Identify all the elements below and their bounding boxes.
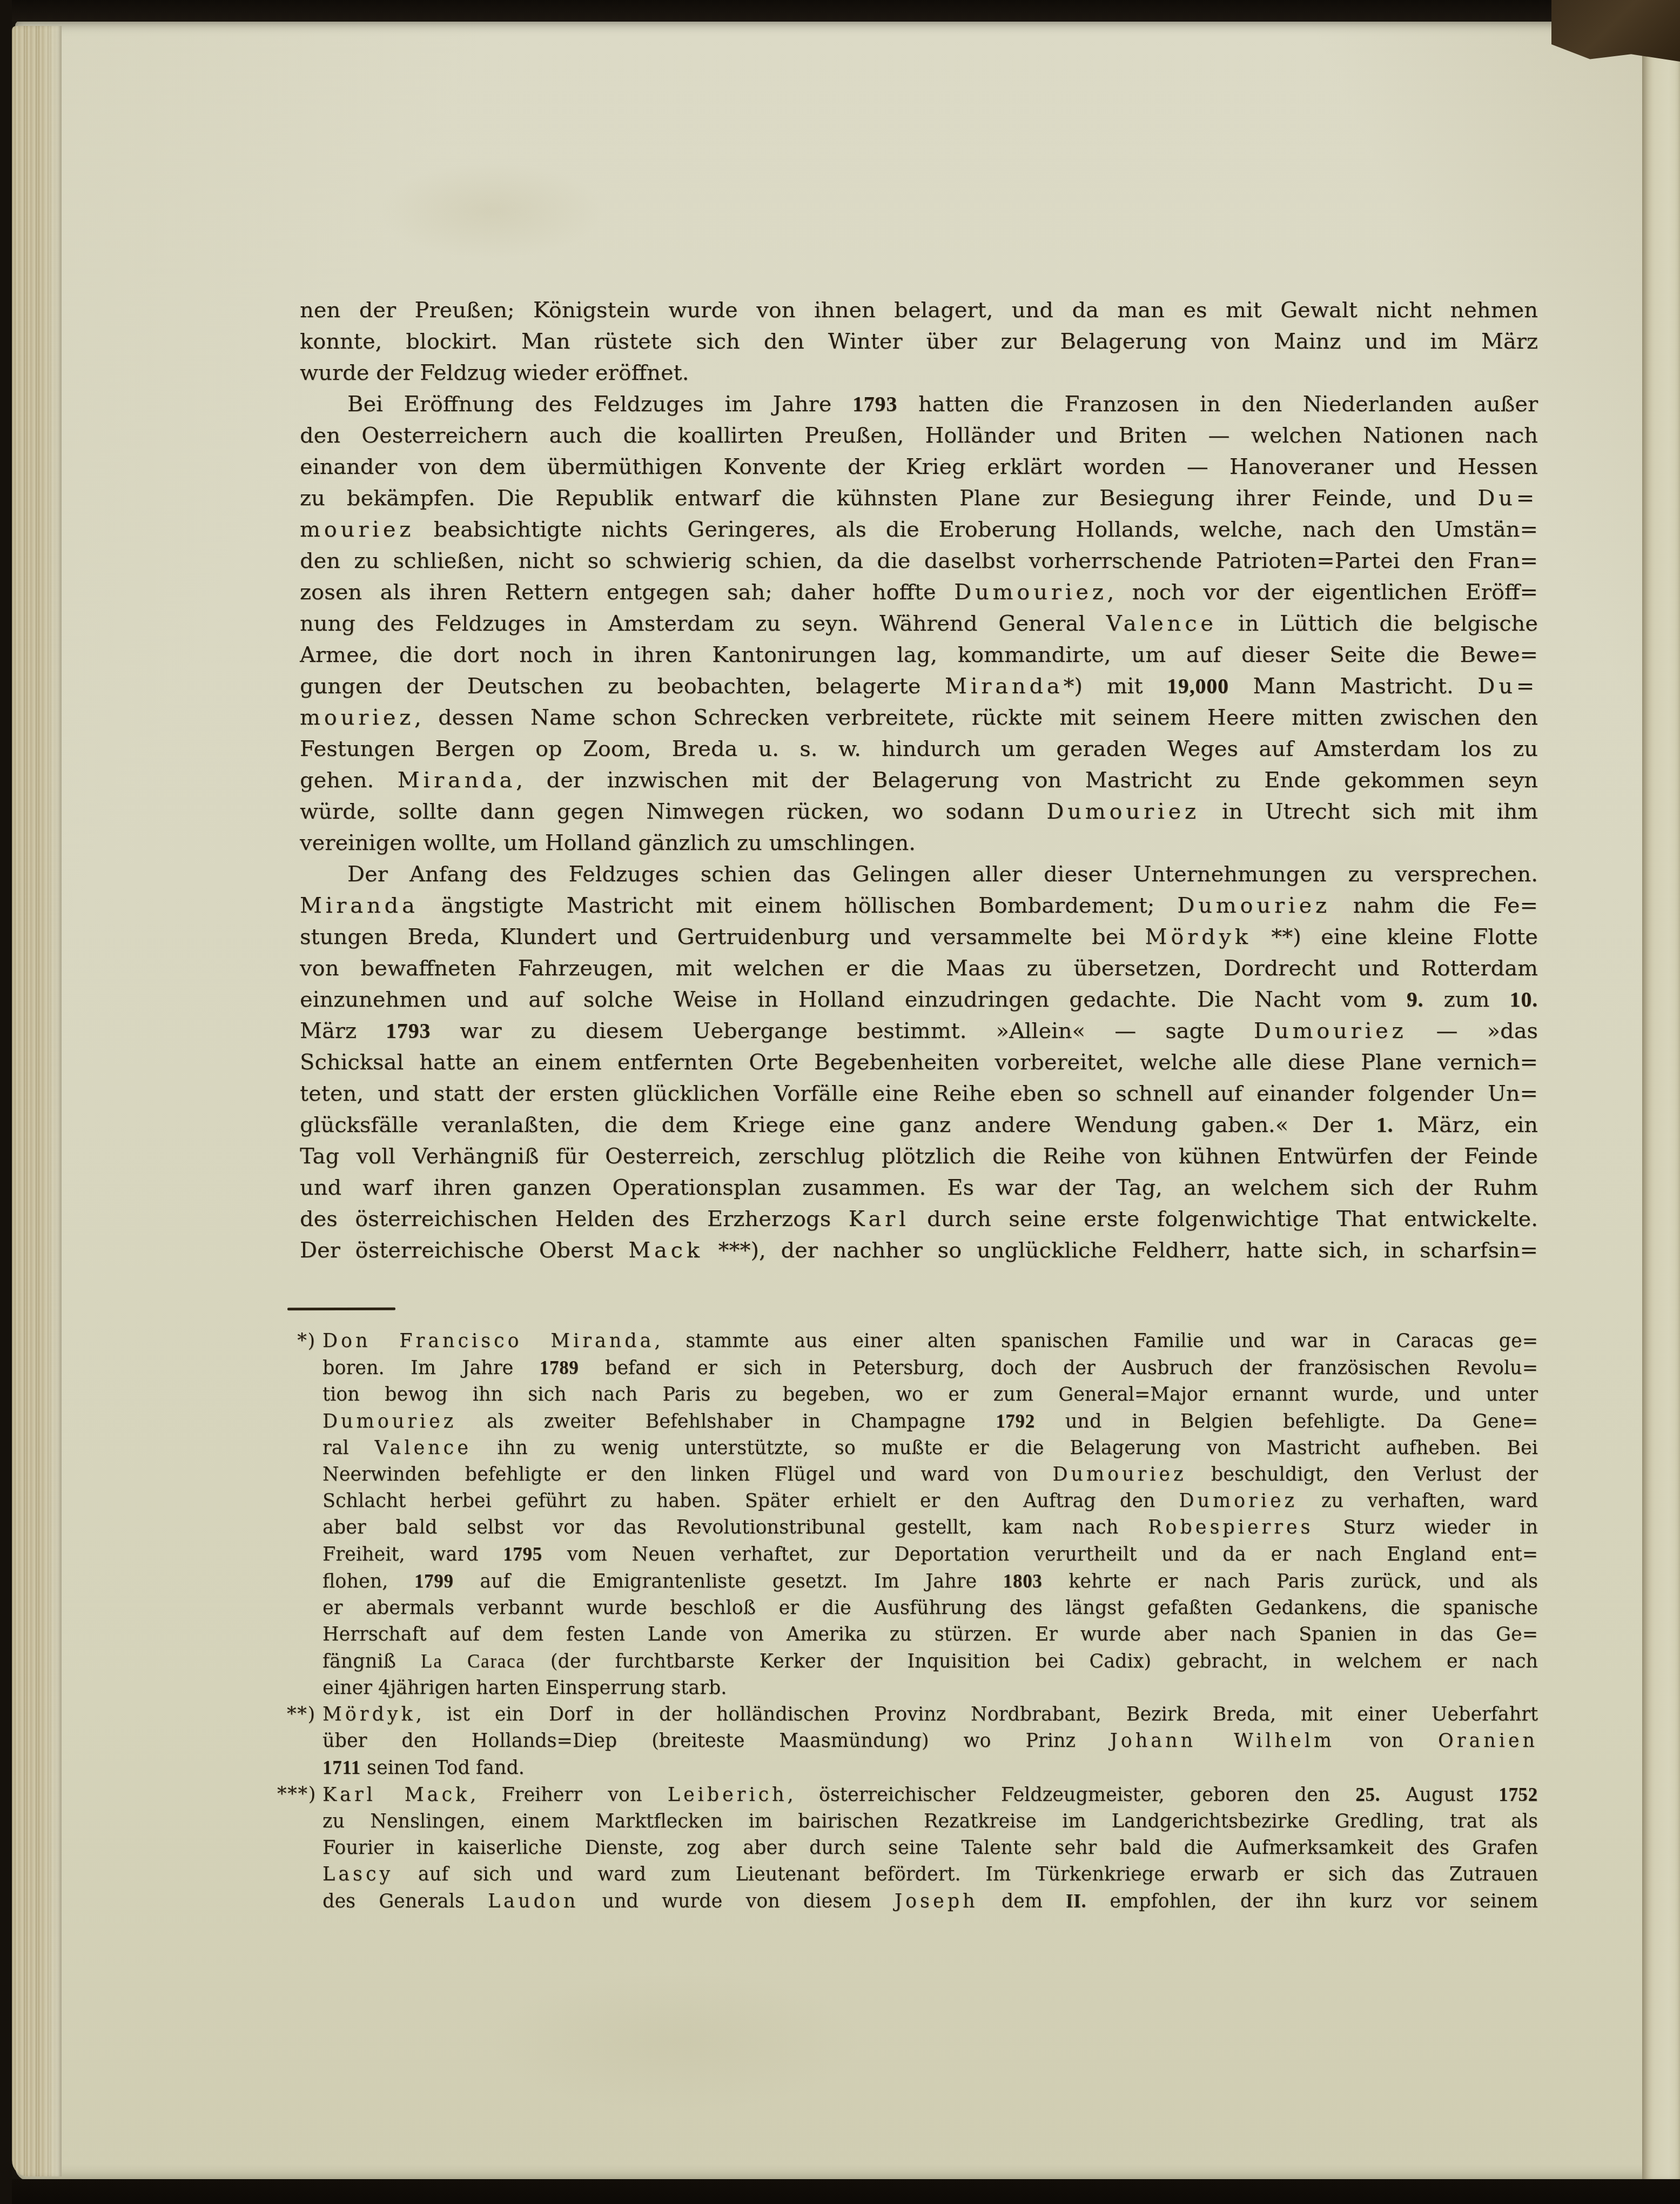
text-segment: hatten die Franzosen in den Niederlanden… xyxy=(897,392,1538,417)
text-segment: 1711 xyxy=(322,1757,361,1778)
text-line: Festungen Bergen op Zoom, Breda u. s. w.… xyxy=(300,733,1538,765)
text-segment: mouriez xyxy=(300,705,414,730)
text-segment: gehen. xyxy=(300,768,398,793)
text-segment: Mann Mastricht. xyxy=(1229,674,1477,699)
text-segment: stungen Breda, Klundert und Gertruidenbu… xyxy=(300,925,1145,949)
text-segment: 25. xyxy=(1355,1784,1380,1805)
footnote: *)Don Francisco Miranda, stammte aus ein… xyxy=(277,1328,1538,1701)
text-line: und warf ihren ganzen Operationsplan zus… xyxy=(300,1172,1538,1203)
text-line: Der Anfang des Feldzuges schien das Geli… xyxy=(300,859,1538,890)
text-segment: 9. xyxy=(1407,987,1424,1011)
text-segment: , Freiherr von xyxy=(470,1784,668,1806)
text-segment: — »das xyxy=(1407,1019,1538,1043)
text-segment: und wurde von diesem xyxy=(579,1891,895,1912)
text-segment: Bei Eröffnung des Feldzuges im Jahre xyxy=(347,392,852,417)
text-line: einer 4jährigen harten Einsperrung starb… xyxy=(322,1675,1538,1701)
text-line: Miranda ängstigte Mastricht mit einem hö… xyxy=(300,890,1538,921)
text-line: tion bewog ihn sich nach Paris zu begebe… xyxy=(322,1382,1538,1408)
text-segment: , noch vor der eigentlichen Eröff= xyxy=(1107,580,1538,605)
text-segment: Dumouriez xyxy=(1177,893,1330,918)
text-segment: März, ein xyxy=(1393,1113,1538,1137)
text-segment: Karl Mack xyxy=(322,1784,470,1806)
paragraph: nen der Preußen; Königstein wurde von ih… xyxy=(300,294,1538,388)
text-segment: dem xyxy=(978,1891,1066,1912)
text-line: Neerwinden befehligte er den linken Flüg… xyxy=(322,1462,1538,1488)
text-segment: Du= xyxy=(1477,486,1538,511)
text-segment: den Oesterreichern auch die koallirten P… xyxy=(300,423,1538,448)
footnote: ***)Karl Mack, Freiherr von Leiberich, ö… xyxy=(277,1781,1538,1915)
text-segment: fängniß xyxy=(322,1651,421,1672)
text-segment: 1795 xyxy=(503,1544,542,1565)
text-line: flohen, 1799 auf die Emigrantenliste ges… xyxy=(322,1568,1538,1595)
text-segment: März xyxy=(300,1019,386,1043)
text-segment: und in Belgien befehligte. Da Gene= xyxy=(1035,1411,1538,1432)
text-segment: in Lüttich die belgische xyxy=(1217,611,1538,636)
text-segment: zosen als ihren Rettern entgegen sah; da… xyxy=(300,580,954,605)
text-segment: tion bewog ihn sich nach Paris zu begebe… xyxy=(322,1384,1538,1405)
text-segment: boren. Im Jahre xyxy=(322,1357,540,1379)
scan-background-bottom xyxy=(0,2179,1680,2204)
text-segment: gungen der Deutschen zu beobachten, bela… xyxy=(300,674,945,699)
text-segment: Sturz wieder in xyxy=(1313,1517,1538,1538)
main-text-block: nen der Preußen; Königstein wurde von ih… xyxy=(300,294,1538,1266)
text-line: Fourier in kaiserliche Dienste, zog aber… xyxy=(322,1835,1538,1861)
text-line: vereinigen wollte, um Holland gänzlich z… xyxy=(300,827,1538,859)
text-segment: zu bekämpfen. Die Republik entwarf die k… xyxy=(300,486,1477,511)
text-segment: durch seine erste folgenwichtige That en… xyxy=(910,1207,1538,1231)
text-line: wurde der Feldzug wieder eröffnet. xyxy=(300,357,1538,388)
text-line: gungen der Deutschen zu beobachten, bela… xyxy=(300,671,1538,702)
text-segment: 1793 xyxy=(386,1019,431,1043)
text-line: fängniß La Caraca (der furchtbarste Kerk… xyxy=(322,1648,1538,1675)
text-segment: Miranda xyxy=(300,893,419,918)
text-segment: Valence xyxy=(374,1437,471,1459)
text-segment: den zu schließen, nicht so schwierig sch… xyxy=(300,548,1538,573)
text-segment: Don Francisco Miranda xyxy=(322,1330,654,1352)
text-segment: als zweiter Befehlshaber in Champagne xyxy=(456,1411,996,1432)
text-segment: des Generals xyxy=(322,1891,488,1912)
text-line: von bewaffneten Fahrzeugen, mit welchen … xyxy=(300,953,1538,984)
text-line: Don Francisco Miranda, stammte aus einer… xyxy=(322,1328,1538,1355)
text-segment: 1. xyxy=(1376,1113,1394,1137)
text-line: gehen. Miranda, der inzwischen mit der B… xyxy=(300,765,1538,796)
text-segment: zum xyxy=(1423,987,1509,1012)
text-segment: Neerwinden befehligte er den linken Flüg… xyxy=(322,1464,1052,1485)
text-segment: glücksfälle veranlaßten, die dem Kriege … xyxy=(300,1113,1376,1137)
text-line: Karl Mack, Freiherr von Leiberich, öster… xyxy=(322,1781,1538,1808)
text-line: über den Hollands=Diep (breiteste Maasmü… xyxy=(322,1728,1538,1754)
text-segment: von bewaffneten Fahrzeugen, mit welchen … xyxy=(300,956,1538,981)
text-segment: 1789 xyxy=(540,1357,579,1378)
text-segment: zu verhaften, ward xyxy=(1298,1490,1538,1512)
text-segment: Schlacht herbei geführt zu haben. Später… xyxy=(322,1490,1179,1512)
text-segment: August xyxy=(1380,1784,1498,1806)
text-line: mouriez, dessen Name schon Schrecken ver… xyxy=(300,702,1538,733)
text-line: einander von dem übermüthigen Konvente d… xyxy=(300,451,1538,483)
text-segment: Dumouriez xyxy=(1254,1019,1407,1043)
text-segment: Miranda xyxy=(945,674,1064,699)
text-segment: ***), der nachher so unglückliche Feldhe… xyxy=(703,1238,1538,1263)
text-segment: des österreichischen Helden des Erzherzo… xyxy=(300,1207,849,1231)
text-segment: Karl xyxy=(849,1207,910,1231)
text-segment: *) mit xyxy=(1063,674,1167,699)
text-segment: 1752 xyxy=(1498,1784,1538,1805)
scanned-book-page: nen der Preußen; Königstein wurde von ih… xyxy=(0,0,1680,2204)
text-line: 1711 seinen Tod fand. xyxy=(322,1754,1538,1781)
text-line: einzunehmen und auf solche Weise in Holl… xyxy=(300,984,1538,1015)
text-segment: in Utrecht sich mit ihm xyxy=(1200,799,1538,824)
text-segment: **) eine kleine Flotte xyxy=(1252,925,1538,949)
text-segment: Dumouriez xyxy=(1046,799,1199,824)
text-segment: und warf ihren ganzen Operationsplan zus… xyxy=(300,1175,1538,1200)
text-segment: , der inzwischen mit der Belagerung von … xyxy=(516,768,1538,793)
paragraph: Der Anfang des Feldzuges schien das Geli… xyxy=(300,859,1538,1266)
text-segment: konnte, blockirt. Man rüstete sich den W… xyxy=(300,329,1538,354)
scan-background-top xyxy=(0,0,1680,22)
text-segment: Der Anfang des Feldzuges schien das Geli… xyxy=(347,862,1538,887)
text-line: März 1793 war zu diesem Uebergange besti… xyxy=(300,1015,1538,1047)
text-segment: ängstigte Mastricht mit einem höllischen… xyxy=(419,893,1178,918)
text-segment: Du= xyxy=(1477,674,1538,699)
text-segment: vom Neuen verhaftet, zur Deportation ver… xyxy=(542,1544,1538,1565)
text-segment: ral xyxy=(322,1437,374,1459)
text-line: konnte, blockirt. Man rüstete sich den W… xyxy=(300,326,1538,357)
text-segment: wurde der Feldzug wieder eröffnet. xyxy=(300,360,689,385)
text-segment: 10. xyxy=(1510,987,1538,1011)
text-segment: II. xyxy=(1066,1891,1086,1912)
text-line: nung des Feldzuges in Amsterdam zu seyn.… xyxy=(300,608,1538,639)
text-line: Mördyk, ist ein Dorf in der holländische… xyxy=(322,1701,1538,1728)
text-line: Dumouriez als zweiter Befehlshaber in Ch… xyxy=(322,1408,1538,1435)
text-line: zu Nenslingen, einem Marktflecken im bai… xyxy=(322,1808,1538,1835)
text-line: den zu schließen, nicht so schwierig sch… xyxy=(300,545,1538,577)
text-segment: Johann Wilhelm xyxy=(1110,1730,1335,1752)
text-segment: Tag voll Verhängniß für Oesterreich, zer… xyxy=(300,1144,1538,1169)
text-segment: von xyxy=(1335,1730,1438,1752)
text-segment: zu Nenslingen, einem Marktflecken im bai… xyxy=(322,1811,1538,1832)
text-segment: Oranien xyxy=(1438,1730,1538,1752)
text-segment: einer 4jährigen harten Einsperrung starb… xyxy=(322,1677,727,1699)
text-segment: Fourier in kaiserliche Dienste, zog aber… xyxy=(322,1837,1538,1859)
text-segment: mouriez xyxy=(300,517,414,542)
text-segment: ihn zu wenig unterstützte, so mußte er d… xyxy=(472,1437,1538,1459)
text-line: des Generals Laudon und wurde von diesem… xyxy=(322,1888,1538,1915)
text-segment: Miranda xyxy=(398,768,516,793)
text-segment: auf die Emigrantenliste gesetzt. Im Jahr… xyxy=(454,1571,1003,1592)
text-segment: Laudon xyxy=(488,1891,579,1912)
text-line: Tag voll Verhängniß für Oesterreich, zer… xyxy=(300,1141,1538,1172)
text-segment: Joseph xyxy=(895,1891,978,1912)
text-segment: vereinigen wollte, um Holland gänzlich z… xyxy=(300,830,916,855)
text-segment: einzunehmen und auf solche Weise in Holl… xyxy=(300,987,1407,1012)
text-line: Der österreichische Oberst Mack ***), de… xyxy=(300,1235,1538,1266)
text-segment: (der furchtbarste Kerker der Inquisition… xyxy=(526,1651,1538,1672)
text-segment: Leiberich xyxy=(668,1784,788,1806)
text-line: mouriez beabsichtigte nichts Geringeres,… xyxy=(300,514,1538,545)
text-segment: Dumouriez xyxy=(1052,1464,1186,1485)
text-line: zosen als ihren Rettern entgegen sah; da… xyxy=(300,577,1538,608)
text-segment: auf sich und ward zum Lieutenant beförde… xyxy=(393,1864,1538,1885)
text-segment: , dessen Name schon Schrecken verbreitet… xyxy=(414,705,1538,730)
text-segment: Armee, die dort noch in ihren Kantonirun… xyxy=(300,642,1538,667)
text-segment: befand er sich in Petersburg, doch der A… xyxy=(579,1357,1538,1379)
text-segment: 1793 xyxy=(852,392,897,416)
text-segment: Mack xyxy=(628,1238,703,1263)
text-segment: La Caraca xyxy=(421,1651,526,1672)
text-segment: er abermals verbannt wurde beschloß er d… xyxy=(322,1597,1538,1619)
text-line: er abermals verbannt wurde beschloß er d… xyxy=(322,1595,1538,1622)
text-line: glücksfälle veranlaßten, die dem Kriege … xyxy=(300,1109,1538,1141)
text-segment: Robespierres xyxy=(1148,1517,1313,1538)
text-line: nen der Preußen; Königstein wurde von ih… xyxy=(300,294,1538,326)
text-segment: Festungen Bergen op Zoom, Breda u. s. w.… xyxy=(300,736,1538,761)
text-segment: , ist ein Dorf in der holländischen Prov… xyxy=(416,1704,1538,1725)
text-segment: Schicksal hatte an einem entfernten Orte… xyxy=(300,1050,1538,1075)
text-line: aber bald selbst vor das Revolutionstrib… xyxy=(322,1515,1538,1541)
text-segment: beschuldigt, den Verlust der xyxy=(1186,1464,1538,1485)
text-segment: nahm die Fe= xyxy=(1330,893,1538,918)
text-segment: Valence xyxy=(1106,611,1217,636)
text-segment: beabsichtigte nichts Geringeres, als die… xyxy=(414,517,1538,542)
text-segment: würde, sollte dann gegen Nimwegen rücken… xyxy=(300,799,1046,824)
text-line: ral Valence ihn zu wenig unterstützte, s… xyxy=(322,1435,1538,1462)
text-segment: teten, und statt der ersten glücklichen … xyxy=(300,1081,1538,1106)
scan-background-left xyxy=(0,0,12,2204)
text-segment: Freiheit, ward xyxy=(322,1544,503,1565)
text-segment: einander von dem übermüthigen Konvente d… xyxy=(300,454,1538,479)
text-segment: aber bald selbst vor das Revolutionstrib… xyxy=(322,1517,1148,1538)
text-segment: kehrte er nach Paris zurück, und als xyxy=(1043,1571,1538,1592)
text-line: zu bekämpfen. Die Republik entwarf die k… xyxy=(300,483,1538,514)
text-line: Freiheit, ward 1795 vom Neuen verhaftet,… xyxy=(322,1541,1538,1568)
text-line: des österreichischen Helden des Erzherzo… xyxy=(300,1203,1538,1235)
text-segment: empfohlen, der ihn kurz vor seinem xyxy=(1086,1891,1538,1912)
text-line: würde, sollte dann gegen Nimwegen rücken… xyxy=(300,796,1538,827)
text-segment: , österreichischer Feldzeugmeister, gebo… xyxy=(788,1784,1356,1806)
paragraph: Bei Eröffnung des Feldzuges im Jahre 179… xyxy=(300,388,1538,859)
text-segment: Dumouriez xyxy=(322,1411,456,1432)
footnote-marker: *) xyxy=(277,1328,316,1355)
text-line: teten, und statt der ersten glücklichen … xyxy=(300,1078,1538,1109)
text-segment: Herrschaft auf dem festen Lande von Amer… xyxy=(322,1624,1538,1645)
footnote-marker: **) xyxy=(277,1701,316,1728)
text-segment: Dumoriez xyxy=(1179,1490,1298,1512)
text-segment: Der österreichische Oberst xyxy=(300,1238,628,1263)
text-line: den Oesterreichern auch die koallirten P… xyxy=(300,420,1538,451)
footnote-separator-rule xyxy=(287,1308,395,1311)
text-segment: , stammte aus einer alten spanischen Fam… xyxy=(654,1330,1538,1352)
text-segment: über den Hollands=Diep (breiteste Maasmü… xyxy=(322,1730,1110,1752)
footnotes-block: *)Don Francisco Miranda, stammte aus ein… xyxy=(277,1328,1538,1915)
text-segment: 1792 xyxy=(996,1411,1035,1432)
text-segment: nung des Feldzuges in Amsterdam zu seyn.… xyxy=(300,611,1106,636)
text-line: Schicksal hatte an einem entfernten Orte… xyxy=(300,1047,1538,1078)
text-line: stungen Breda, Klundert und Gertruidenbu… xyxy=(300,921,1538,953)
binding-gutter xyxy=(1642,21,1680,2181)
text-segment: seinen Tod fand. xyxy=(361,1757,525,1779)
footnote: **)Mördyk, ist ein Dorf in der holländis… xyxy=(277,1701,1538,1781)
text-line: Bei Eröffnung des Feldzuges im Jahre 179… xyxy=(300,388,1538,420)
text-segment: war zu diesem Uebergange bestimmt. »Alle… xyxy=(431,1019,1254,1043)
text-line: Armee, die dort noch in ihren Kantonirun… xyxy=(300,639,1538,671)
text-line: Lascy auf sich und ward zum Lieutenant b… xyxy=(322,1861,1538,1888)
text-segment: Mördyk xyxy=(322,1704,416,1725)
text-segment: Mördyk xyxy=(1145,925,1251,949)
text-segment: Lascy xyxy=(322,1864,393,1885)
text-segment: 19,000 xyxy=(1167,674,1229,698)
text-segment: flohen, xyxy=(322,1571,414,1592)
text-segment: 1799 xyxy=(414,1571,454,1592)
text-line: Herrschaft auf dem festen Lande von Amer… xyxy=(322,1622,1538,1648)
text-segment: nen der Preußen; Königstein wurde von ih… xyxy=(300,298,1538,323)
page-edge-stack xyxy=(12,26,62,2176)
text-line: Schlacht herbei geführt zu haben. Später… xyxy=(322,1488,1538,1515)
text-line: boren. Im Jahre 1789 befand er sich in P… xyxy=(322,1355,1538,1382)
text-segment: 1803 xyxy=(1003,1571,1043,1592)
footnote-marker: ***) xyxy=(277,1781,316,1808)
text-segment: Dumouriez xyxy=(954,580,1107,605)
